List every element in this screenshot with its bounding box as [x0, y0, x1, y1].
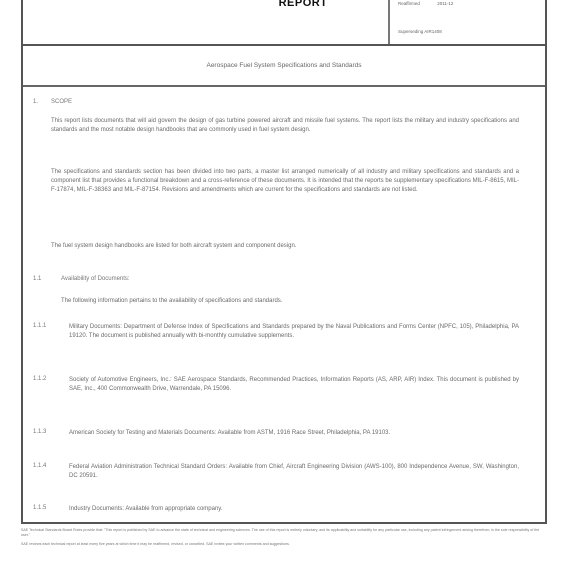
item-number: 1.1.1: [33, 323, 46, 329]
item-number: 1.1.4: [33, 463, 46, 469]
section-heading: SCOPE: [51, 99, 72, 105]
subsection-heading: Availability of Documents:: [61, 276, 130, 282]
footer-review-note: SAE reviews each technical report at lea…: [21, 542, 547, 547]
item-text: American Society for Testing and Materia…: [69, 429, 519, 438]
reaffirmed-value: 2011-12: [437, 1, 453, 6]
document-title: Aerospace Fuel System Specifications and…: [23, 46, 545, 87]
document-meta-box: Reaffirmed 2011-12 Superseding AIR1408: [388, 0, 549, 44]
footer-disclaimer: SAE Technical Standards Board Rules prov…: [21, 528, 547, 538]
scope-paragraph-2: The specifications and standards section…: [51, 168, 519, 195]
document-frame: REPORT Reaffirmed 2011-12 Superseding AI…: [21, 0, 547, 524]
subsection-number: 1.1: [33, 276, 41, 282]
item-text: Federal Aviation Administration Technica…: [69, 463, 519, 481]
item-number: 1.1.3: [33, 429, 46, 435]
scope-paragraph-3: The fuel system design handbooks are lis…: [51, 242, 519, 251]
document-header: REPORT Reaffirmed 2011-12 Superseding AI…: [23, 0, 545, 46]
item-text: Society of Automotive Engineers, Inc.: S…: [69, 376, 519, 394]
scope-paragraph-1: This report lists documents that will ai…: [51, 117, 519, 135]
item-text: Military Documents: Department of Defens…: [69, 323, 519, 341]
item-number: 1.1.5: [33, 505, 46, 511]
availability-intro: The following information pertains to th…: [61, 297, 519, 306]
section-number: 1.: [33, 99, 38, 105]
item-number: 1.1.2: [33, 376, 46, 382]
reaffirmed-row: Reaffirmed 2011-12: [398, 1, 453, 6]
item-text: Industry Documents: Available from appro…: [69, 505, 519, 514]
document-type: REPORT: [223, 0, 383, 8]
superseding-row: Superseding AIR1408: [398, 29, 442, 34]
document-footer: SAE Technical Standards Board Rules prov…: [21, 528, 547, 551]
reaffirmed-label: Reaffirmed: [398, 1, 420, 6]
document-body: 1. SCOPE This report lists documents tha…: [23, 87, 545, 522]
